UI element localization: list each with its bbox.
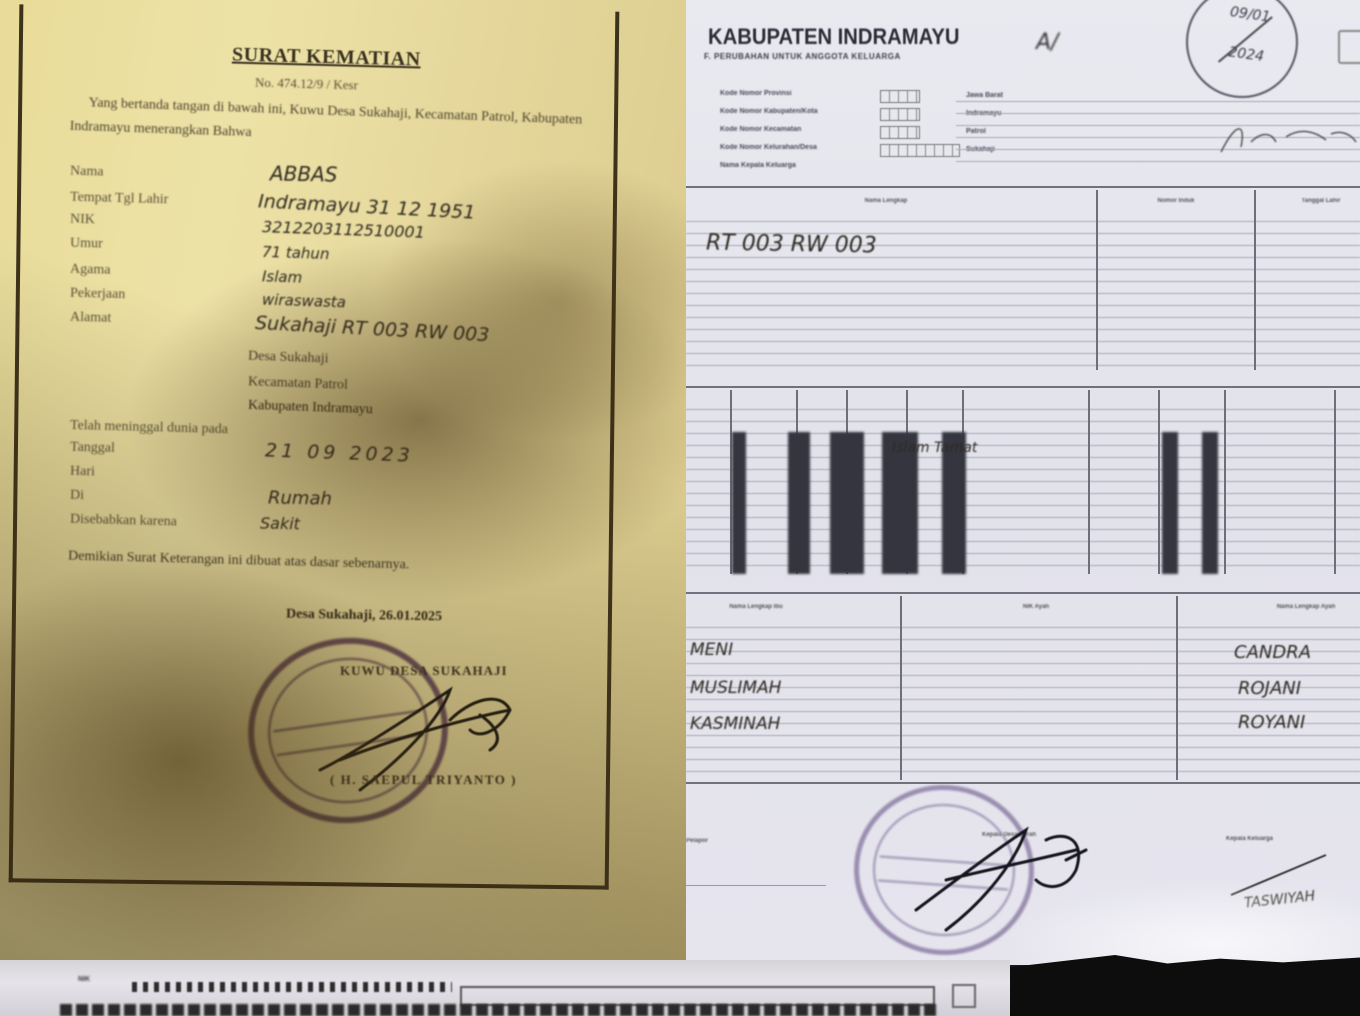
code-cells: [880, 108, 920, 121]
redaction-bar: [830, 432, 864, 574]
info-label: Kode Nomor Kabupaten/Kota: [720, 108, 818, 115]
date-stamp-bottom: 2024: [1227, 44, 1265, 65]
light-glare: [1000, 880, 1360, 970]
value-death-cause: Sakit: [260, 514, 300, 534]
mother-name: MENI: [690, 640, 733, 660]
redaction-bar: [1202, 432, 1218, 574]
date-stamp-top: 09/01: [1229, 4, 1271, 25]
row-note: Islam Tamat: [892, 440, 977, 456]
mother-name: MUSLIMAH: [690, 678, 781, 698]
corner-box: [1338, 30, 1360, 64]
father-name: CANDRA: [1234, 642, 1311, 663]
column-header: NIK Ayah: [986, 604, 1086, 610]
under-sheet-label: NIK: [78, 976, 90, 983]
info-label: Nama Kepala Keluarga: [720, 162, 796, 169]
handwriting-icon: [1216, 112, 1360, 162]
death-certificate: SURAT KEMATIAN No. 474.12/9 / Kesr Yang …: [0, 0, 690, 970]
code-cells: [880, 90, 920, 103]
father-name: ROJANI: [1238, 678, 1301, 699]
official-name: ( H. SAEPUL TRIYANTO ): [330, 772, 517, 788]
info-label: Kode Nomor Kelurahan/Desa: [720, 144, 817, 151]
signature-label-reporter: Pelapor: [686, 838, 708, 844]
value-age: 71 tahun: [262, 243, 330, 263]
under-document: NIK: [0, 960, 1010, 1016]
under-sheet-checkbox: [952, 984, 976, 1008]
under-sheet-cells: [132, 982, 452, 992]
value-religion: Islam: [262, 267, 303, 286]
column-header: Nama Lengkap Ibu: [706, 604, 806, 610]
column-header: Nama Lengkap: [786, 198, 986, 204]
mother-name: KASMINAH: [690, 714, 780, 734]
table1-entry: RT 003 RW 003: [706, 231, 877, 259]
signature-label-family-head: Kepala Keluarga: [1226, 836, 1273, 842]
form-subheading: F. PERUBAHAN UNTUK ANGGOTA KELUARGA: [704, 52, 901, 61]
initial-mark: A/: [1036, 30, 1058, 55]
redaction-bar: [1162, 432, 1178, 574]
dark-background: [1010, 955, 1360, 1016]
under-sheet-field: [460, 986, 935, 1006]
form-heading: KABUPATEN INDRAMAYU: [708, 24, 960, 50]
redaction-bar: [788, 432, 810, 574]
under-sheet-row: [60, 1004, 940, 1016]
father-name: ROYANI: [1238, 712, 1305, 733]
signed-place-date: Desa Sukahaji, 26.01.2025: [286, 607, 442, 626]
column-header: Nama Lengkap Ayah: [1256, 604, 1356, 610]
value-death-place: Rumah: [268, 487, 332, 509]
address-village: Desa Sukahaji: [248, 349, 329, 368]
value-occupation: wiraswasta: [262, 291, 347, 312]
info-label: Kode Nomor Kecamatan: [720, 126, 801, 133]
column-header: Nomor Induk: [1106, 198, 1246, 204]
column-header: Tanggal Lahir: [1276, 198, 1360, 204]
family-card-form: KABUPATEN INDRAMAYU F. PERUBAHAN UNTUK A…: [686, 0, 1360, 965]
code-cells: [880, 126, 920, 139]
certificate-number: No. 474.12/9 / Kesr: [255, 75, 358, 94]
value-name: ABBAS: [270, 161, 338, 186]
code-cells: [880, 144, 960, 157]
redaction-bar: [732, 432, 746, 574]
info-label: Kode Nomor Provinsi: [720, 90, 792, 97]
certificate-title: SURAT KEMATIAN: [232, 44, 421, 72]
